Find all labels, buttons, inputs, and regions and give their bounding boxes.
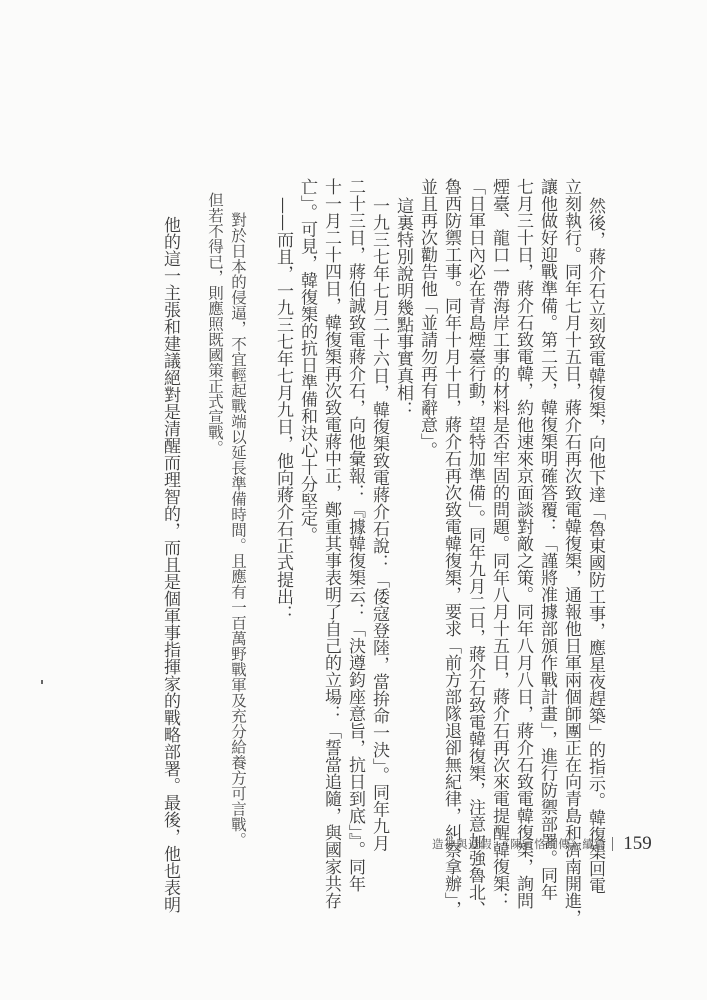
- book-page: 然後，蔣介石立刻致電韓復榘，向他下達「魯東國防工事，應星夜趕築」的指示。韓復榘回…: [0, 0, 707, 1000]
- text-column-4: 七月三十日，蔣介石致電韓，約他速來京面談對敵之策。同年八月八日，蔣介石致電韓復榘…: [513, 178, 533, 909]
- footer-divider: [612, 837, 613, 851]
- text-column-2: 立刻執行。同年七月十五日，蔣介石再次致電韓復榘，通報他日軍兩個師團正在向青島和濟…: [561, 178, 581, 926]
- page-footer: 造神與造假：《陳寅恪別傳》續篇 159: [432, 832, 652, 856]
- text-column-10: 一九三七年七月二十六日，韓復榘致電蔣介石說：「倭寇登陸，當拚命一決」。同年九月: [369, 197, 389, 852]
- quote-column-1: 對於日本的侵逼，不宜輕起戰端以延長準備時間。且應有一百萬野戰軍及充分給養方可言戰…: [228, 212, 248, 848]
- text-column-12: 十一月二十四日，韓復榘再次致電蔣中正，鄭重其事表明了自己的立場：「誓當追隨，與國…: [321, 178, 341, 909]
- text-column-9: 這裏特別說明幾點事實真相：: [393, 197, 413, 418]
- text-column-1: 然後，蔣介石立刻致電韓復榘，向他下達「魯東國防工事，應星夜趕築」的指示。韓復榘回…: [585, 197, 605, 894]
- text-column-11: 二十三日，蔣伯誠致電蔣介石，向他彙報：『據韓復榘云：「決遵鈞座意旨，抗日到底」』…: [345, 178, 365, 892]
- text-column-7: 魯西防禦工事。同年十月十日，蔣介石再次致電韓復榘，要求「前方部隊退卻無紀律，糾察…: [441, 178, 461, 918]
- text-column-6: 「日軍日內必在青島煙臺行動，望特加準備」。同年九月二日，蔣介石致電韓復榘，注意加…: [465, 178, 485, 918]
- text-column-13: 亡」。可見，韓復榘的抗日準備和決心十分堅定。: [297, 178, 317, 544]
- text-column-3: 讓他做好迎戰準備。第二天，韓復榘明確答覆：「謹將准據部頒作戰計畫」，進行防禦部署…: [537, 178, 557, 901]
- scan-speck: [41, 680, 43, 684]
- page-number: 159: [623, 833, 652, 855]
- text-column-14: ——而且，一九三七年七月九日，他向蔣介石正式提出：: [273, 197, 293, 622]
- running-title: 造神與造假：《陳寅恪別傳》續篇: [432, 836, 606, 852]
- text-column-closing: 他的這一主張和建議絕對是清醒而理智的，而且是個軍事指揮家的戰略部署。最後，他也表…: [160, 216, 180, 913]
- quote-column-2: 但若不得已，則應照既國策正式宣戰。: [205, 192, 225, 456]
- text-column-8: 並且再次勸告他「並請勿再有辭意」。: [417, 178, 437, 459]
- text-column-5: 煙臺、龍口一帶海岸工事的材料是否牢固的問題。同年八月十五日，蔣介石再次來電提醒韓…: [489, 178, 509, 909]
